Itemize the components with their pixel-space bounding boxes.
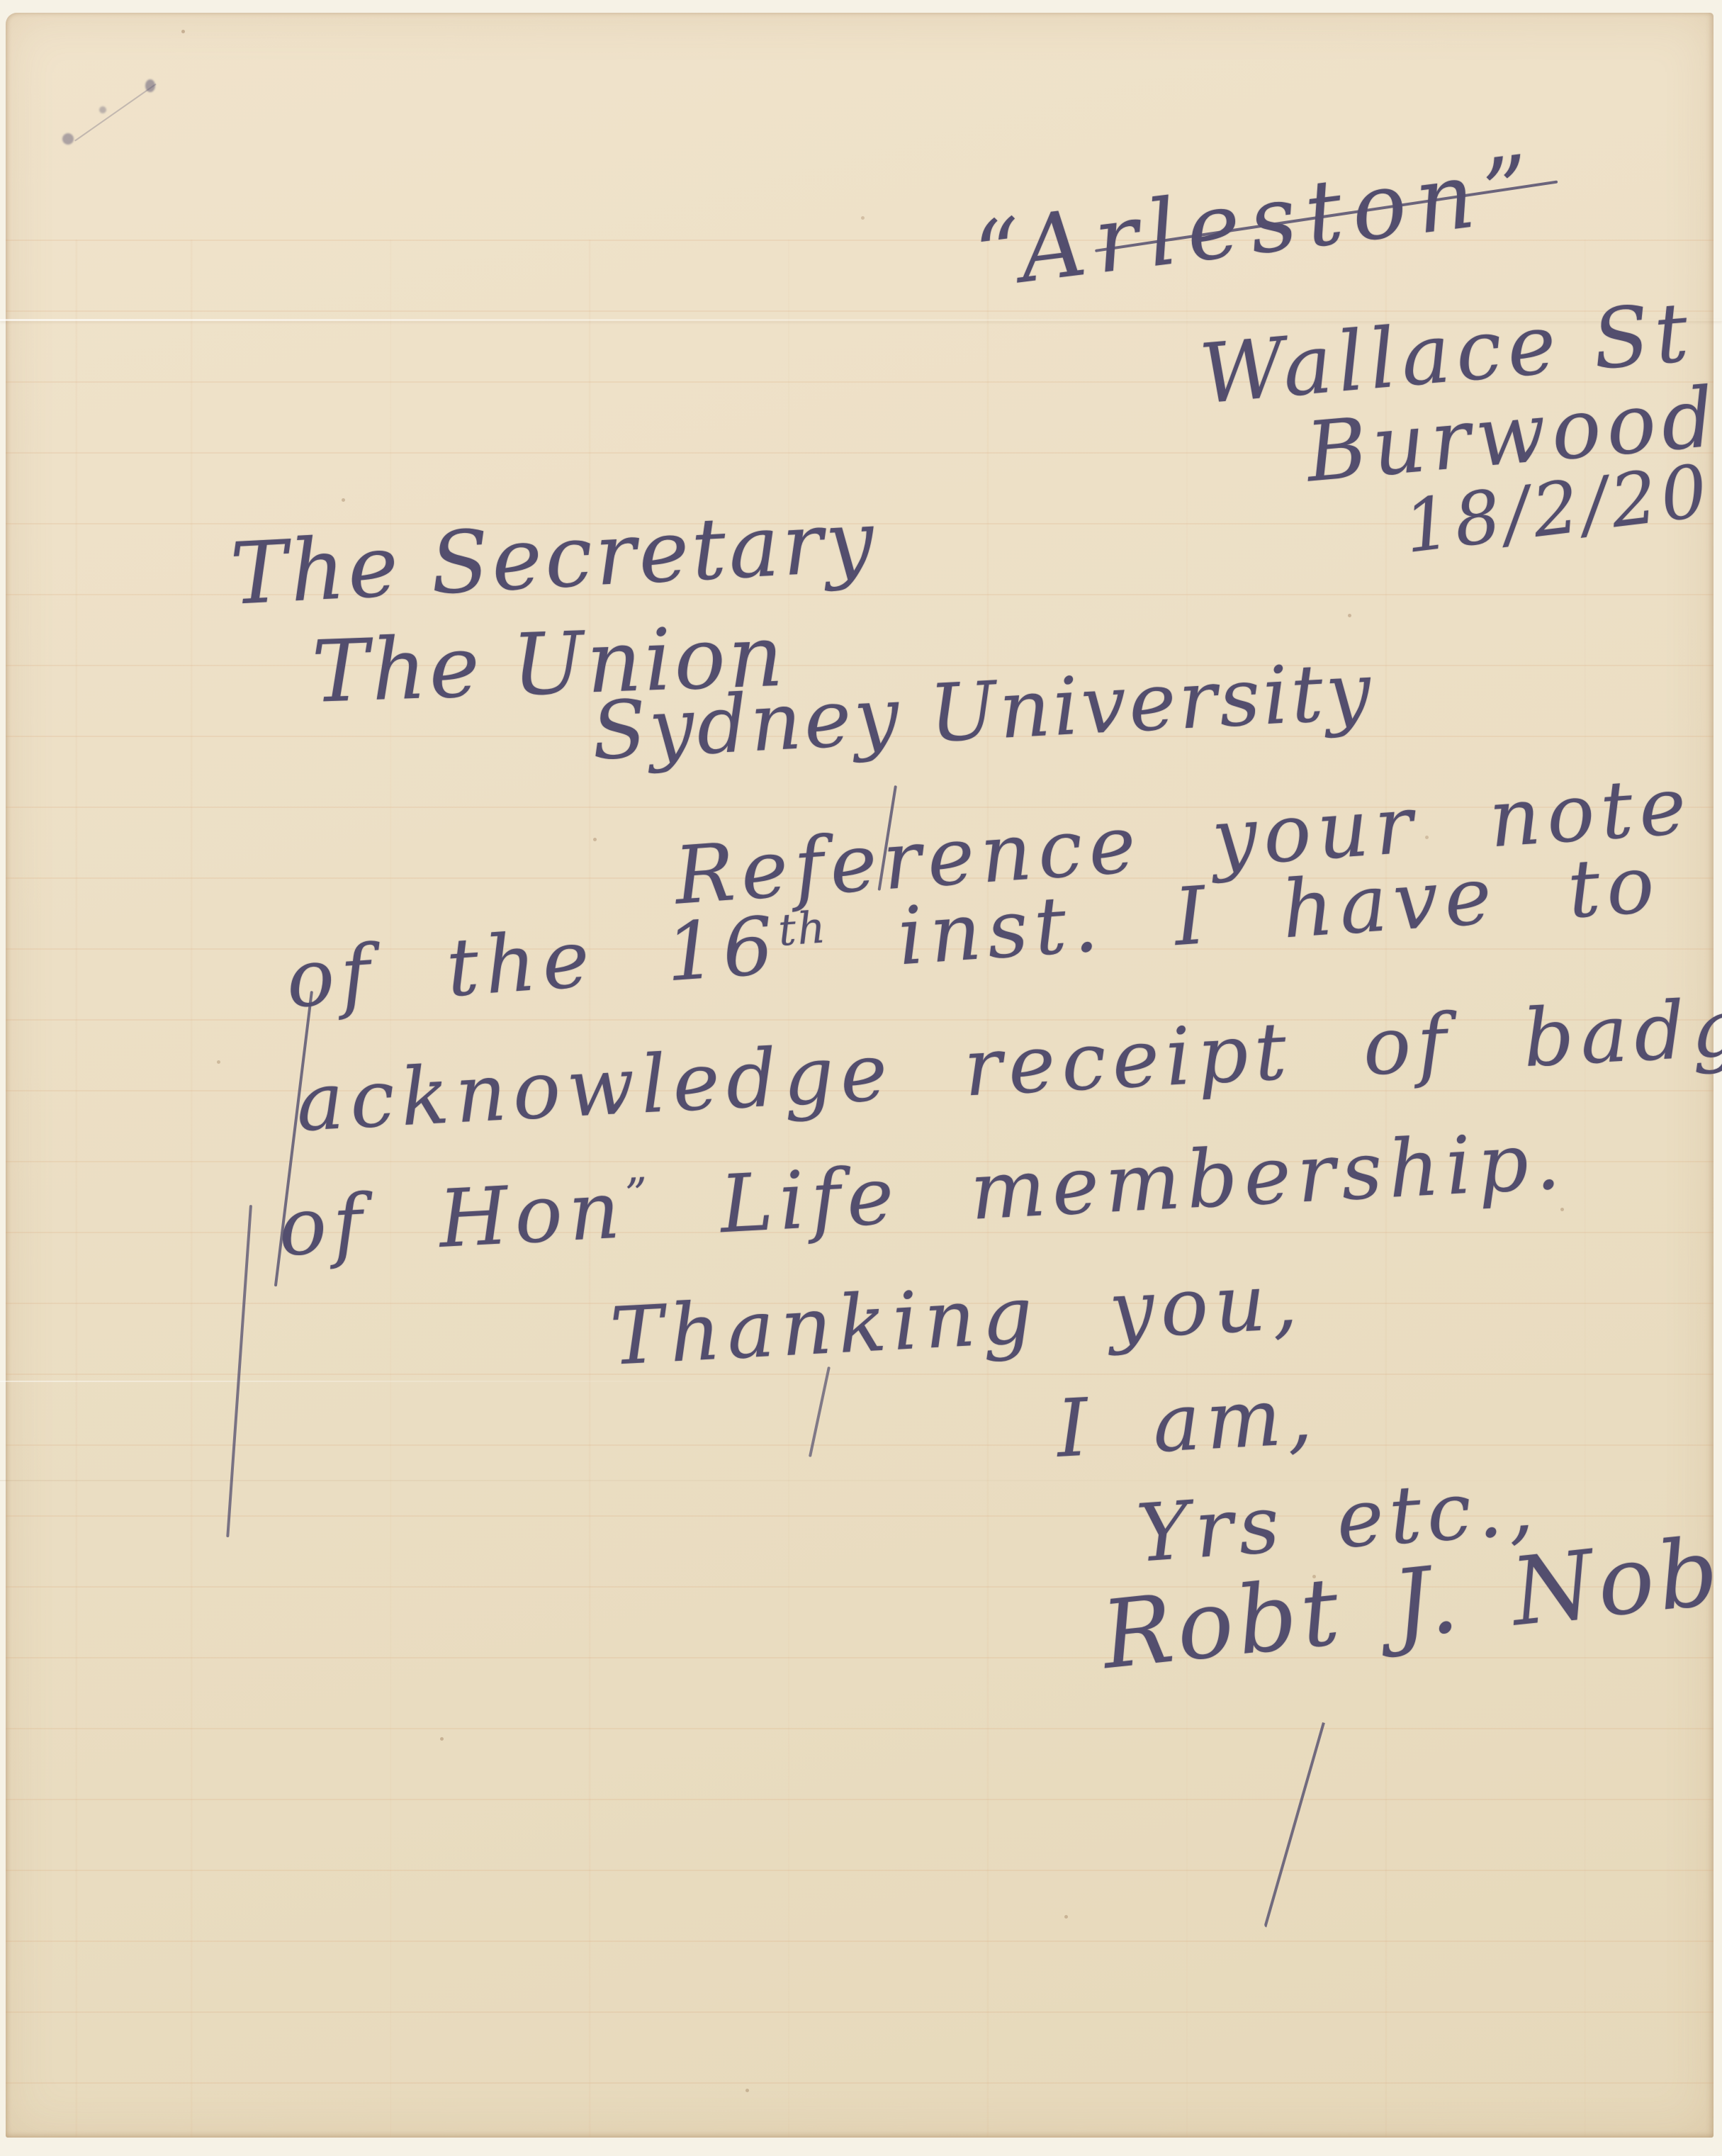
- letter-scan: “Arleston” Wallace St Burwood 18/2/20 Th…: [0, 0, 1722, 2156]
- body-line-4-text: of Hon: [276, 1164, 629, 1274]
- ink-smudge: [99, 106, 106, 113]
- abbreviation-superscript: ”: [624, 1168, 650, 1220]
- ink-smudge: [62, 133, 74, 145]
- paper-specks: [0, 0, 2, 2]
- ordinal-superscript: th: [777, 902, 828, 956]
- closing-i-am: I am,: [1054, 1370, 1320, 1476]
